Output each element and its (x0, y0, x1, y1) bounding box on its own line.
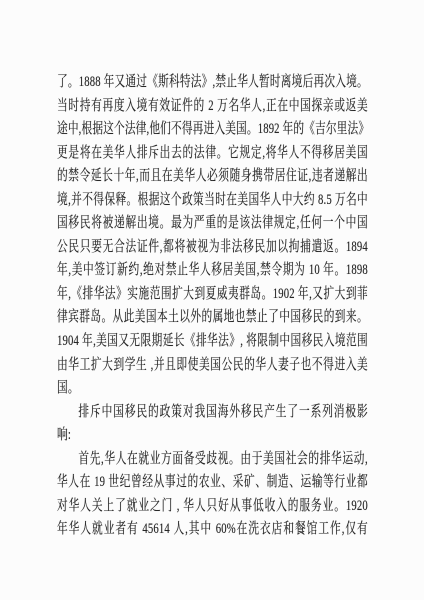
scanned-page: 了。1888 年又通过《斯科特法》,禁止华人暂时离境后再次入境。当时持有再度入境… (0, 0, 424, 600)
text-line: 华人在 19 世纪曾经从事过的农业、采矿、制造、运输等行业都 (57, 471, 368, 495)
text-line: 1904 年,美国又无限期延长《排华法》, 将限制中国移民入境范围 (57, 330, 368, 354)
text-line: 年,《排华法》实施范围扩大到夏威夷群岛。1902 年,又扩大到菲 (57, 283, 368, 307)
text-column: 了。1888 年又通过《斯科特法》,禁止华人暂时离境后再次入境。当时持有再度入境… (57, 71, 368, 542)
text-line: 国移民将被递解出境。最为严重的是该法律规定,任何一个中国 (57, 212, 368, 236)
text-line: 境,并不得保释。根据这个政策当时在美国华人中大约 8.5 万名中 (57, 189, 368, 213)
text-line: 国。 (57, 377, 368, 401)
text-line: 年,美中签订新约,绝对禁止华人移居美国,禁令期为 10 年。1898 (57, 259, 368, 283)
text-line: 由华工扩大到学生 ,并且即使美国公民的华人妻子也不得进入美 (57, 354, 368, 378)
paragraph: 首先,华人在就业方面备受歧视。由于美国社会的排华运动,华人在 19 世纪曾经从事… (57, 448, 368, 542)
text-line: 律宾群岛。从此美国本土以外的属地也禁止了中国移民的到来。 (57, 306, 368, 330)
paragraph: 排斥中国移民的政策对我国海外移民产生了一系列消极影响: (57, 401, 368, 448)
text-line: 公民只要无合法证件,都将被视为非法移民加以拘捕遣返。1894 (57, 236, 368, 260)
text-line: 排斥中国移民的政策对我国海外移民产生了一系列消极影 (57, 401, 368, 425)
text-line: 了。1888 年又通过《斯科特法》,禁止华人暂时离境后再次入境。 (57, 71, 368, 95)
text-line: 响: (57, 424, 368, 448)
text-line: 对华人关上了就业之门 , 华人只好从事低收入的服务业。1920 (57, 495, 368, 519)
text-line: 当时持有再度入境有效证件的 2 万名华人,正在中国探亲或返美 (57, 95, 368, 119)
text-line: 更是将在美华人排斥出去的法律。它规定,将华人不得移居美国 (57, 142, 368, 166)
paragraph: 了。1888 年又通过《斯科特法》,禁止华人暂时离境后再次入境。当时持有再度入境… (57, 71, 368, 401)
text-line: 途中,根据这个法律,他们不得再进入美国。1892 年的《吉尔里法》 (57, 118, 368, 142)
text-line: 的禁令延长十年,而且在美华人必须随身携带居住证,违者递解出 (57, 165, 368, 189)
text-line: 年华人就业者有 45614 人,其中 60%在洗衣店和餐馆工作,仅有 (57, 518, 368, 542)
text-line: 首先,华人在就业方面备受歧视。由于美国社会的排华运动, (57, 448, 368, 472)
